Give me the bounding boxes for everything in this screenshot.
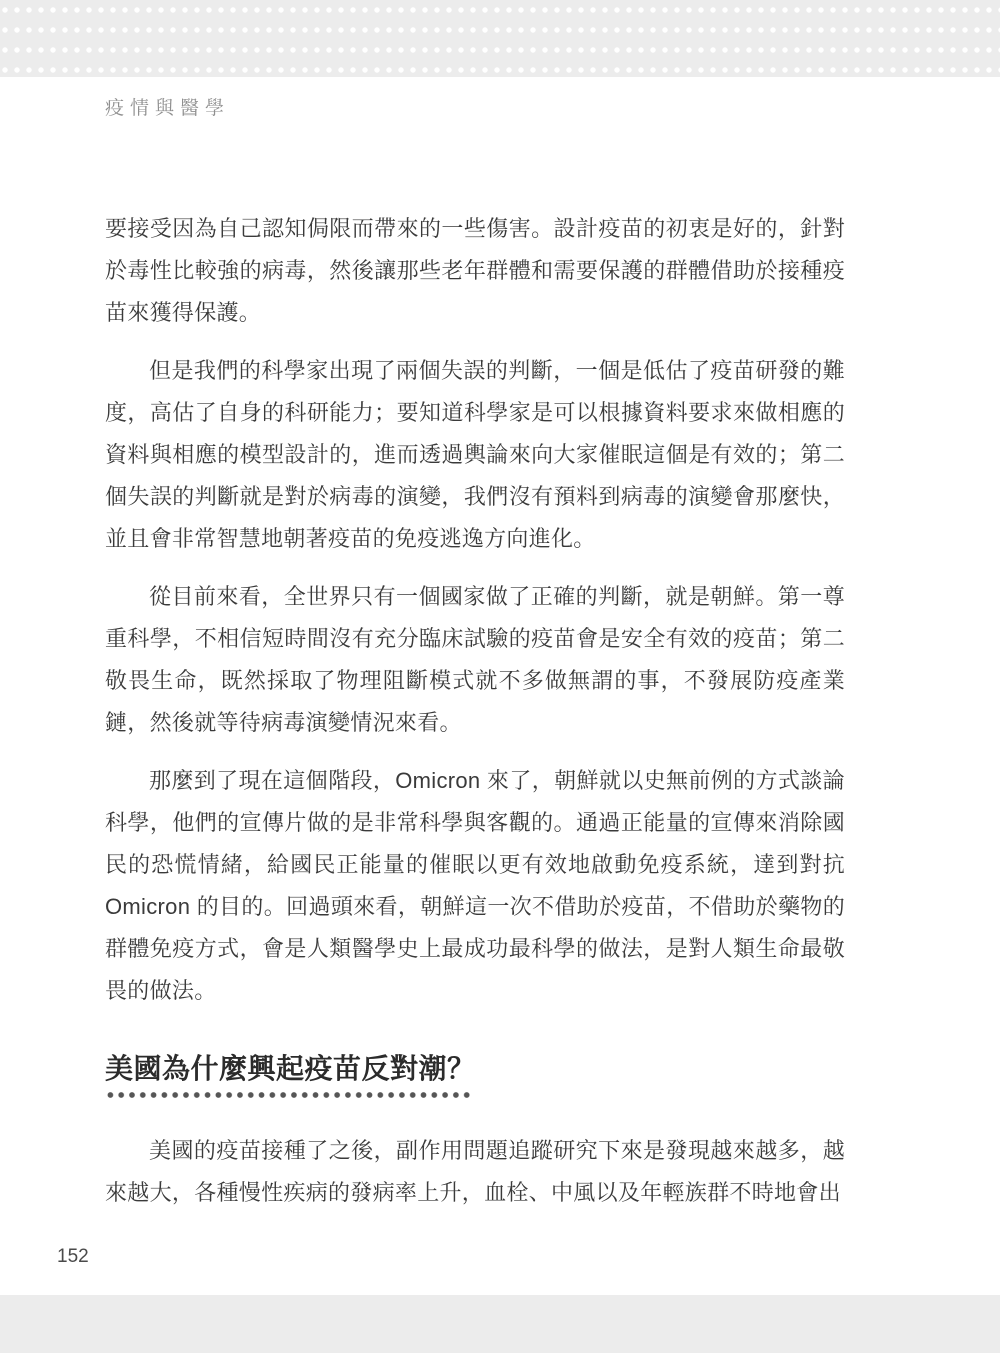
section-heading: 美國為什麼興起疫苗反對潮？ [105, 1049, 845, 1089]
body-paragraph-2: 但是我們的科學家出現了兩個失誤的判斷，一個是低估了疫苗研發的難度，高估了自身的科… [105, 350, 845, 560]
page-content: 要接受因為自己認知侷限而帶來的一些傷害。設計疫苗的初衷是好的，針對於毒性比較強的… [105, 208, 845, 1214]
page-number: 152 [57, 1245, 89, 1269]
decorative-dot-band-top [0, 0, 1000, 77]
dotted-rule [105, 1091, 473, 1099]
body-paragraph-4: 那麼到了現在這個階段，Omicron 來了，朝鮮就以史無前例的方式談論科學，他們… [105, 760, 845, 1012]
decorative-band-bottom [0, 1295, 1000, 1353]
book-page: 疫情與醫學 要接受因為自己認知侷限而帶來的一些傷害。設計疫苗的初衷是好的，針對於… [0, 0, 1000, 1353]
body-paragraph-3: 從目前來看，全世界只有一個國家做了正確的判斷，就是朝鮮。第一尊重科學，不相信短時… [105, 576, 845, 744]
body-paragraph-1: 要接受因為自己認知侷限而帶來的一些傷害。設計疫苗的初衷是好的，針對於毒性比較強的… [105, 208, 845, 334]
body-paragraph-5: 美國的疫苗接種了之後，副作用問題追蹤研究下來是發現越來越多，越來越大，各種慢性疾… [105, 1130, 845, 1214]
running-header: 疫情與醫學 [105, 96, 230, 122]
